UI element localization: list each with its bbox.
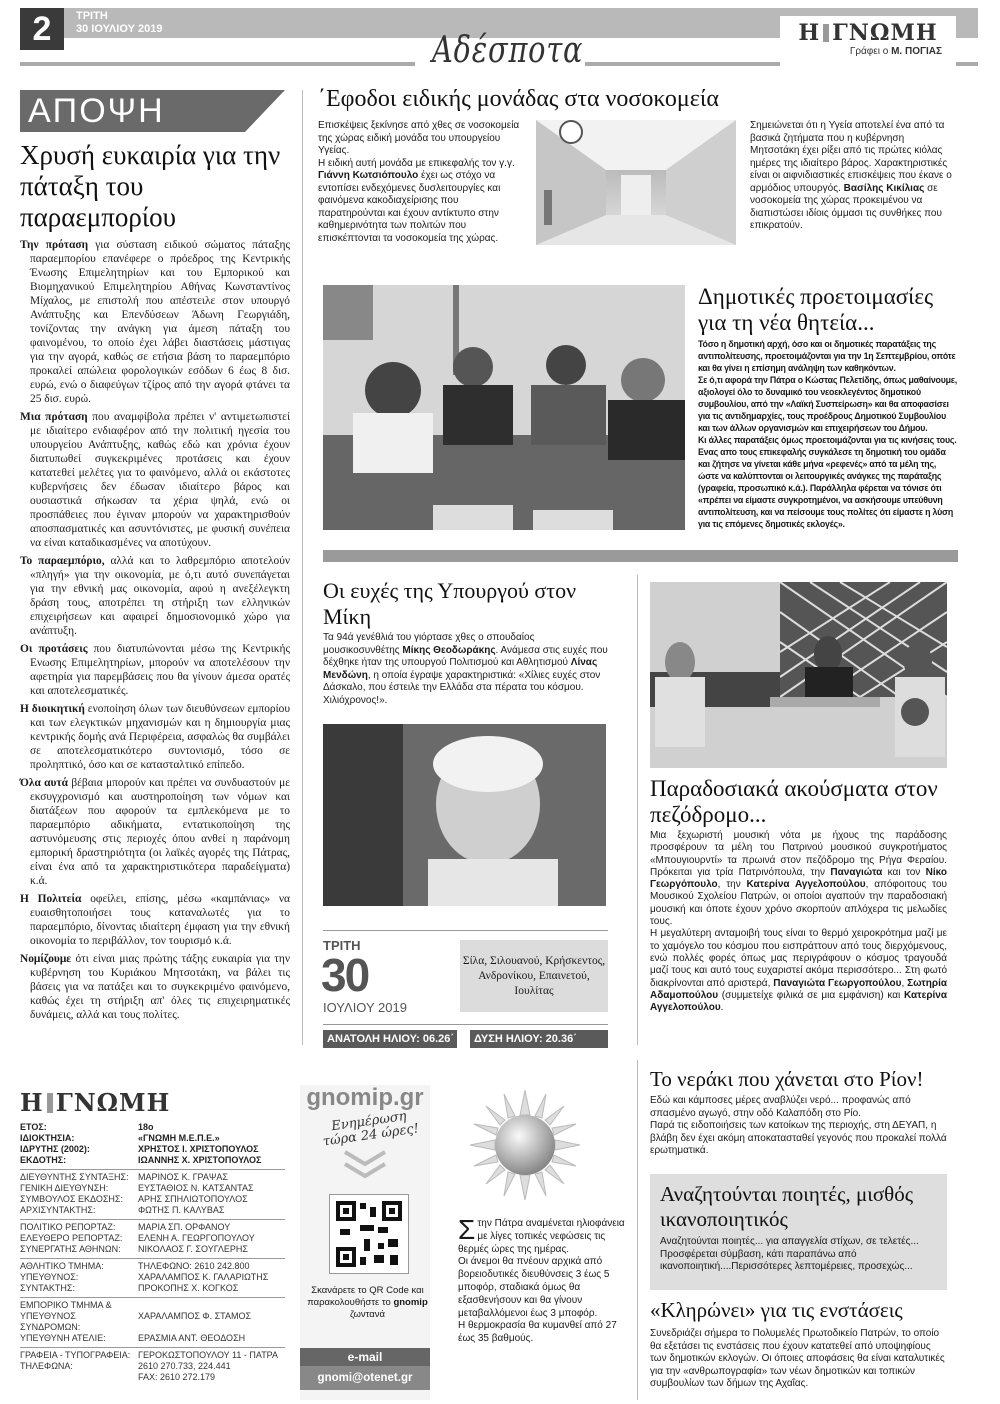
opinion-paragraph: Η διοικητική ενοποίηση όλων των διευθύνσ… — [20, 702, 290, 772]
column-divider — [302, 90, 303, 1045]
opinion-title: Χρυσή ευκαιρία για την πάταξη του παραεμ… — [20, 140, 290, 233]
newspaper-logo-box: ΗΓΝΩΜΗ Γράφει ο Μ. ΠΟΓΙΑΣ — [780, 16, 956, 68]
water-title: Το νεράκι που χάνεται στο Ρίον! — [650, 1067, 924, 1092]
opinion-paragraph: Όλα αυτά βέβαια μπορούν και πρέπει να συ… — [20, 776, 290, 888]
street-musicians-photo — [650, 582, 947, 768]
newspaper-logo: ΗΓΝΩΜΗ — [780, 20, 956, 46]
hospitals-text-left: Επισκέψεις ξεκίνησε από χθες σε νοσοκομε… — [318, 120, 523, 245]
opinion-label: ΑΠΟΨΗ — [20, 90, 285, 132]
theodorakis-photo — [323, 724, 606, 906]
header-day: ΤΡΙΤΗ — [76, 10, 162, 23]
water-body: Εδώ και κάμποσες μέρες αναβλύζει νερό...… — [650, 1095, 950, 1158]
poets-body: Αναζητούνται ποιητές... για απαγγελία στ… — [660, 1236, 940, 1274]
header-date-text: 30 ΙΟΥΛΙΟΥ 2019 — [76, 23, 162, 36]
hospitals-title: ΄Εφοδοι ειδικής μονάδας στα νοσοκομεία — [318, 86, 719, 113]
sunset-label: ΔΥΣΗ ΗΛΙΟΥ: 20.36΄ — [470, 1030, 608, 1048]
header-date: ΤΡΙΤΗ 30 ΙΟΥΛΙΟΥ 2019 — [76, 10, 162, 36]
calendar-month-year: ΙΟΥΛΙΟΥ 2019 — [323, 1000, 407, 1015]
music-title: Παραδοσιακά ακούσματα στον πεζόδρομο... — [650, 776, 950, 828]
municipal-title: Δημοτικές προετοιμασίες για τη νέα θητεί… — [698, 284, 958, 336]
weather-forecast: Στην Πάτρα αναμένεται ηλιοφάνεια με λίγε… — [458, 1218, 628, 1346]
municipal-body: Τόσο η δημοτική αρχή, όσο και οι δημοτικ… — [698, 338, 958, 530]
byline-author: Μ. ΠΟΓΙΑΣ — [891, 46, 942, 57]
opinion-paragraph: Μια πρόταση που αναμφίβολα πρέπει ν' αντ… — [20, 410, 290, 550]
column-divider — [637, 1060, 638, 1400]
email-link[interactable]: gnomi@otenet.gr — [300, 1366, 430, 1390]
objections-body: Συνεδριάζει σήμερα το Πολυμελές Πρωτοδικ… — [650, 1328, 950, 1391]
minister-body: Τα 94ά γενέθλιά του γιόρτασε χθες ο σπου… — [323, 632, 613, 707]
name-days-box: Σίλα, Σιλουανού, Κρήσκεντος, Ανδρονίκου,… — [460, 940, 608, 1012]
qr-caption: Σκανάρετε το QR Code και παρακολουθήστε … — [305, 1285, 430, 1321]
column-divider — [637, 575, 638, 1045]
minister-title: Οι ευχές της Υπουργού στον Μίκη — [323, 578, 623, 630]
hospitals-text-right: Σημειώνεται ότι η Υγεία αποτελεί ένα από… — [750, 120, 955, 233]
music-body: Μια ξεχωριστή μουσική νότα με ήχους της … — [650, 830, 947, 1014]
calendar-date-number: 30 — [321, 948, 368, 1002]
sun-icon — [470, 1090, 580, 1200]
council-meeting-photo — [323, 285, 685, 530]
qr-code-icon[interactable] — [330, 1195, 408, 1273]
hospital-corridor-photo — [536, 120, 736, 245]
email-label: e-mail — [300, 1348, 430, 1366]
gnomip-site[interactable]: gnomip.gr — [300, 1084, 430, 1112]
opinion-paragraph: Η Πολιτεία οφείλει, επίσης, μέσω «καμπάν… — [20, 892, 290, 948]
masthead-group: ΔΙΕΥΘΥΝΤΗΣ ΣΥΝΤΑΞΗΣ:ΜΑΡΙΝΟΣ Κ. ΓΡΑΨΑΣ ΓΕ… — [20, 1170, 285, 1220]
objections-title: «Κληρώνει» για τις ενστάσεις — [650, 1298, 903, 1323]
masthead-credits: ΕΤΟΣ:18ο ΙΔΙΟΚΤΗΣΙΑ:«ΓΝΩΜΗ Μ.Ε.Π.Ε.» ΙΔΡ… — [20, 1120, 285, 1386]
sunrise-label: ΑΝΑΤΟΛΗ ΗΛΙΟΥ: 06.26΄ — [323, 1030, 457, 1048]
opinion-body: Την πρόταση για σύσταση ειδικού σώματος … — [20, 238, 290, 1026]
chevron-down-icon — [340, 1150, 390, 1180]
section-title: Αδέσποτα — [432, 30, 568, 71]
masthead-logo: ΗΓΝΩΜΗ — [20, 1088, 170, 1117]
masthead-group: ΕΤΟΣ:18ο ΙΔΙΟΚΤΗΣΙΑ:«ΓΝΩΜΗ Μ.Ε.Π.Ε.» ΙΔΡ… — [20, 1120, 285, 1170]
poets-title: Αναζητούνται ποιητές, μισθός ικανοποιητι… — [660, 1182, 940, 1232]
header-rule-left — [20, 62, 415, 66]
opinion-paragraph: Το παραεμπόριο, αλλά και το λαθρεμπόριο … — [20, 554, 290, 638]
masthead-group: ΕΜΠΟΡΙΚΟ ΤΜΗΜΑ & ΥΠΕΥΘΥΝΟΣ ΣΥΝΔΡΟΜΩΝ:ΧΑΡ… — [20, 1298, 285, 1348]
opinion-paragraph: Την πρόταση για σύσταση ειδικού σώματος … — [20, 238, 290, 406]
byline: Γράφει ο Μ. ΠΟΓΙΑΣ — [780, 46, 956, 57]
section-divider-bar — [323, 550, 958, 562]
opinion-paragraph: Νομίζουμε ότι είναι μιας πρώτης τάξης ευ… — [20, 952, 290, 1022]
calendar-rule — [323, 1024, 608, 1025]
calendar-rule — [323, 930, 608, 931]
page-number: 2 — [20, 8, 64, 50]
masthead-group: ΓΡΑΦΕΙΑ - ΤΥΠΟΓΡΑΦΕΙΑ:ΓΕΡΟΚΩΣΤΟΠΟΥΛΟΥ 11… — [20, 1348, 285, 1386]
masthead-group: ΠΟΛΙΤΙΚΟ ΡΕΠΟΡΤΑΖ:ΜΑΡΙΑ ΣΠ. ΟΡΦΑΝΟΥ ΕΛΕΥ… — [20, 1220, 285, 1259]
masthead-group: ΑΘΛΗΤΙΚΟ ΤΜΗΜΑ:ΤΗΛΕΦΩΝΟ: 2610 242.800 ΥΠ… — [20, 1259, 285, 1298]
name-days: Σίλα, Σιλουανού, Κρήσκεντος, Ανδρονίκου,… — [460, 954, 608, 999]
opinion-paragraph: Οι προτάσεις που διατυπώνονται μέσω της … — [20, 642, 290, 698]
